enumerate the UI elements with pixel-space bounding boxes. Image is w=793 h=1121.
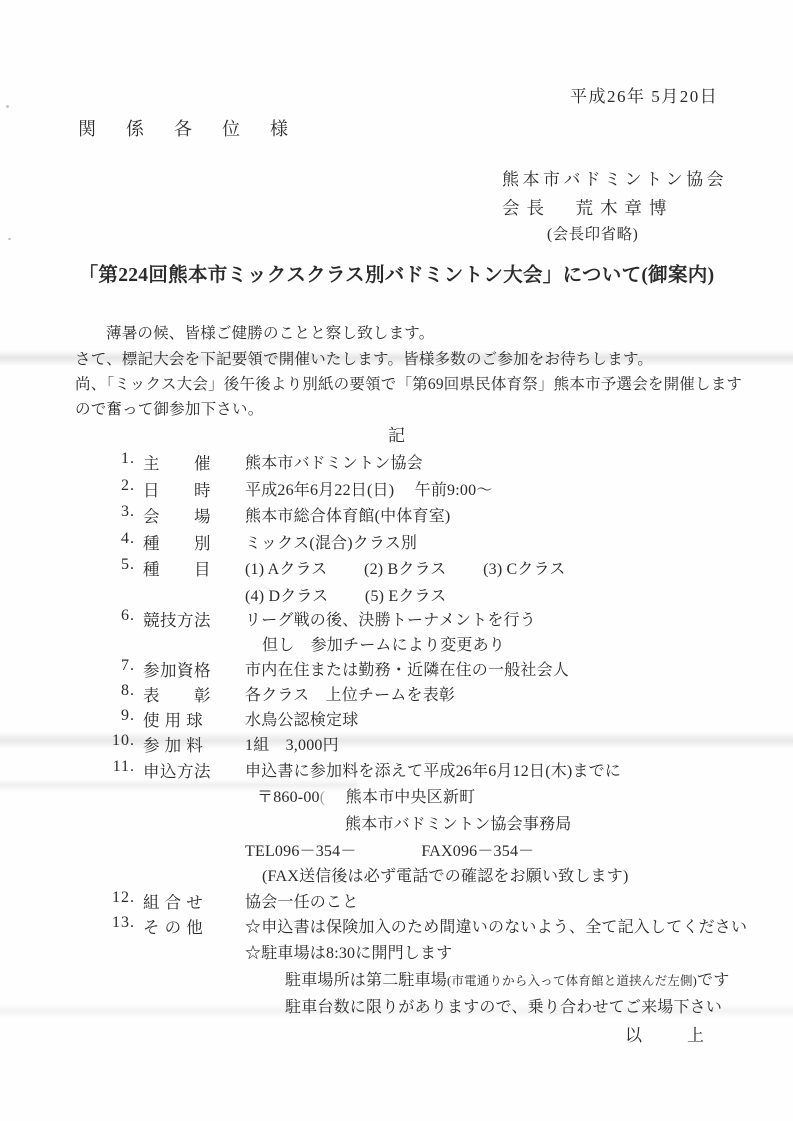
item-number: 12.	[95, 889, 135, 907]
list-item-1-organizer: 1. 主 催 熊本市バドミントン協会	[0, 450, 793, 476]
body-paragraph: 尚、「ミックス大会」後午後より別紙の要領で「第69回県民体育祭」熊本市予選会を開…	[75, 372, 755, 394]
item-number: 6.	[95, 607, 135, 625]
item-number: 9.	[95, 707, 135, 725]
item-label: 種 別	[143, 530, 211, 554]
item-value: 平成26年6月22日(日) 午前9:00〜	[245, 477, 493, 500]
item-number: 10.	[95, 732, 135, 750]
item-number: 3.	[95, 503, 135, 521]
item-label: 申込方法	[143, 758, 211, 782]
item-value: ミックス(混合)クラス別	[245, 530, 417, 553]
seal-omission-note: (会長印省略)	[547, 222, 638, 244]
item-number: 2.	[95, 477, 135, 495]
scan-speck	[8, 238, 11, 240]
item-label: 競技方法	[143, 607, 211, 631]
item-value: リーグ戦の後、決勝トーナメントを行う	[245, 607, 536, 630]
sender-president-name: 会長 荒木章博	[502, 195, 674, 220]
list-item-6-format: 6. 競技方法 リーグ戦の後、決勝トーナメントを行う	[0, 607, 793, 633]
item-value: 但し 参加チームにより変更あり	[262, 632, 505, 655]
item-label: 参加資格	[143, 657, 211, 681]
list-item-13-parking-location: 駐車場所は第二駐車場(市電通りから入って体育館と道挟んだ左側)です	[0, 967, 793, 993]
item-number: 5.	[95, 556, 135, 574]
list-item-10-fee: 10. 参 加 料 1組 3,000円	[0, 732, 793, 758]
application-office-line: 熊本市バドミントン協会事務局	[0, 811, 793, 837]
item-value: 熊本市バドミントン協会事務局	[345, 811, 571, 834]
item-value: TEL096－354－ FAX096－354－	[245, 838, 534, 861]
item-value: ☆申込書は保険加入のため間違いのないよう、全て記入してください	[245, 914, 747, 937]
addressee-line: 関係各位様	[78, 115, 318, 141]
item-number: 8.	[95, 682, 135, 700]
tel-fax-line: TEL096－354－ FAX096－354－	[0, 838, 793, 864]
item-number: 4.	[95, 530, 135, 548]
item-number: 1.	[95, 450, 135, 468]
list-item-12-draw: 12. 組 合 せ 協会一任のこと	[0, 889, 793, 915]
document-title: 「第224回熊本市ミックスクラス別バドミントン大会」について(御案内)	[0, 259, 793, 287]
item-value: (1) Aクラス (2) Bクラス (3) Cクラス	[245, 556, 566, 579]
list-item-7-eligibility: 7. 参加資格 市内在住または勤務・近隣在住の一般社会人	[0, 657, 793, 683]
list-item-4-category: 4. 種 別 ミックス(混合)クラス別	[0, 530, 793, 556]
item-label: 使 用 球	[143, 707, 203, 731]
item-value: 1組 3,000円	[245, 732, 339, 755]
item-value: 市内在住または勤務・近隣在住の一般社会人	[245, 657, 569, 680]
item-label: 表 彰	[143, 682, 211, 706]
item-value: 〒860-00( 熊本市中央区新町	[257, 784, 475, 807]
postal-code-cut-char: (	[320, 789, 326, 806]
list-item-2-datetime: 2. 日 時 平成26年6月22日(日) 午前9:00〜	[0, 477, 793, 503]
list-item-9-shuttlecock: 9. 使 用 球 水鳥公認検定球	[0, 707, 793, 733]
fax-confirmation-note: (FAX送信後は必ず電話での確認をお願い致します)	[0, 863, 793, 889]
item-value: 駐車場所は第二駐車場(市電通りから入って体育館と道挟んだ左側)です	[285, 967, 729, 990]
sender-organization: 熊本市バドミントン協会	[502, 165, 727, 190]
item-label: 参 加 料	[143, 732, 203, 756]
item-value: ☆駐車場は8:30に開門します	[245, 940, 452, 963]
item-value: 熊本市総合体育館(中体育室)	[245, 503, 450, 526]
scanned-letter-page: 平成26年 5月20日 関係各位様 熊本市バドミントン協会 会長 荒木章博 (会…	[0, 0, 793, 1121]
list-item-3-venue: 3. 会 場 熊本市総合体育館(中体育室)	[0, 503, 793, 529]
body-paragraph: 薄暑の候、皆様ご健勝のことと察し致します。	[106, 321, 786, 343]
item-value: 協会一任のこと	[245, 889, 358, 912]
parking-pre: 駐車場所は第二駐車場	[285, 972, 447, 989]
item-value: (FAX送信後は必ず電話での確認をお願い致します)	[262, 863, 628, 886]
list-item-5-events: 5. 種 目 (1) Aクラス (2) Bクラス (3) Cクラス	[0, 556, 793, 582]
item-label: そ の 他	[143, 914, 203, 938]
list-item-6-format-note: 但し 参加チームにより変更あり	[0, 632, 793, 658]
item-value: 水鳥公認検定球	[245, 707, 358, 730]
list-item-11-application: 11. 申込方法 申込書に参加料を添えて平成26年6月12日(木)までに	[0, 758, 793, 784]
application-postal-address: 〒860-00( 熊本市中央区新町	[0, 784, 793, 810]
item-value: 駐車台数に限りがありますので、乗り合わせてご来場下さい	[285, 994, 722, 1017]
list-item-13-other: 13. そ の 他 ☆申込書は保険加入のため間違いのないよう、全て記入してくださ…	[0, 914, 793, 940]
postal-address: 熊本市中央区新町	[325, 789, 475, 806]
parking-detail: (市電通りから入って体育館と道挟んだ左側)	[447, 974, 697, 988]
item-value: 申込書に参加料を添えて平成26年6月12日(木)までに	[245, 758, 621, 781]
document-date: 平成26年 5月20日	[570, 82, 718, 107]
list-item-13-parking-open: ☆駐車場は8:30に開門します	[0, 940, 793, 966]
item-label: 会 場	[143, 503, 211, 527]
list-item-8-awards: 8. 表 彰 各クラス 上位チームを表彰	[0, 682, 793, 708]
item-number: 11.	[95, 758, 135, 776]
item-number: 7.	[95, 657, 135, 675]
item-label: 日 時	[143, 477, 211, 501]
record-heading: 記	[0, 421, 793, 446]
item-value: (4) Dクラス (5) Eクラス	[245, 583, 446, 606]
item-number: 13.	[95, 914, 135, 932]
postal-code: 〒860-00	[257, 789, 320, 806]
list-item-13-parking-limit: 駐車台数に限りがありますので、乗り合わせてご来場下さい	[0, 994, 793, 1020]
item-value: 各クラス 上位チームを表彰	[245, 682, 455, 705]
item-label: 主 催	[143, 450, 211, 474]
item-label: 組 合 せ	[143, 889, 203, 913]
closing-ijou: 以 上	[625, 1021, 718, 1046]
item-value: 熊本市バドミントン協会	[245, 450, 423, 473]
parking-post: です	[697, 972, 729, 989]
scan-speck	[6, 105, 9, 108]
list-item-5-events-cont: (4) Dクラス (5) Eクラス	[0, 583, 793, 609]
item-label: 種 目	[143, 556, 211, 580]
body-paragraph: さて、標記大会を下記要領で開催いたします。皆様多数のご参加をお待ちします。	[75, 347, 755, 369]
body-paragraph: ので奮って御参加下さい。	[75, 397, 755, 419]
